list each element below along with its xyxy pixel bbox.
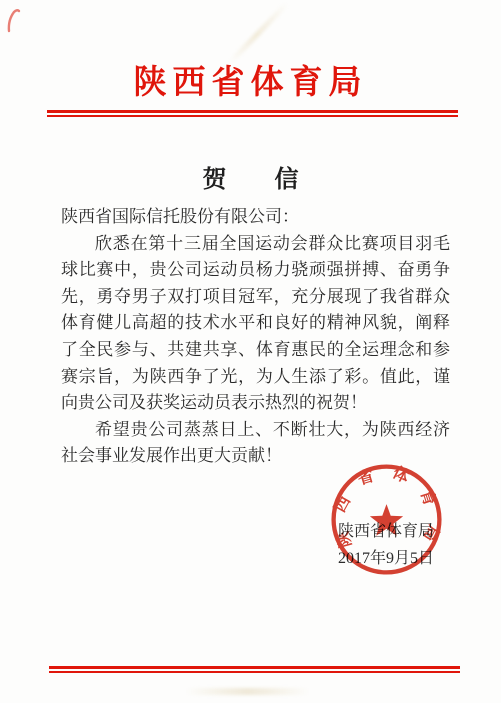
body-paragraph-1: 欣悉在第十三届全国运动会群众比赛项目羽毛球比赛中，贵公司运动员杨力骁顽强拼搏、奋… <box>61 231 450 417</box>
document-title: 贺 信 <box>0 159 501 194</box>
rule-bottom-bar <box>49 671 460 673</box>
star-icon <box>370 504 403 536</box>
footer-double-rule <box>49 666 460 673</box>
scan-smudge-artifact <box>185 688 310 695</box>
scan-crease-artifact <box>229 1 290 63</box>
letterhead-title: 陕西省体育局 <box>0 56 501 103</box>
red-pen-mark <box>6 8 24 36</box>
salutation: 陕西省国际信托股份有限公司： <box>61 204 450 231</box>
letter-page: 陕西省体育局 贺 信 陕西省国际信托股份有限公司： 欣悉在第十三届全国运动会群众… <box>0 0 501 703</box>
official-seal: 陕西省体育局 <box>330 463 443 576</box>
body-paragraph-2: 希望贵公司蒸蒸日上、不断壮大，为陕西经济社会事业发展作出更大贡献！ <box>61 417 450 470</box>
rule-bottom-bar <box>47 115 458 117</box>
letter-body: 陕西省国际信托股份有限公司： 欣悉在第十三届全国运动会群众比赛项目羽毛球比赛中，… <box>61 204 450 470</box>
header-double-rule <box>47 110 458 117</box>
